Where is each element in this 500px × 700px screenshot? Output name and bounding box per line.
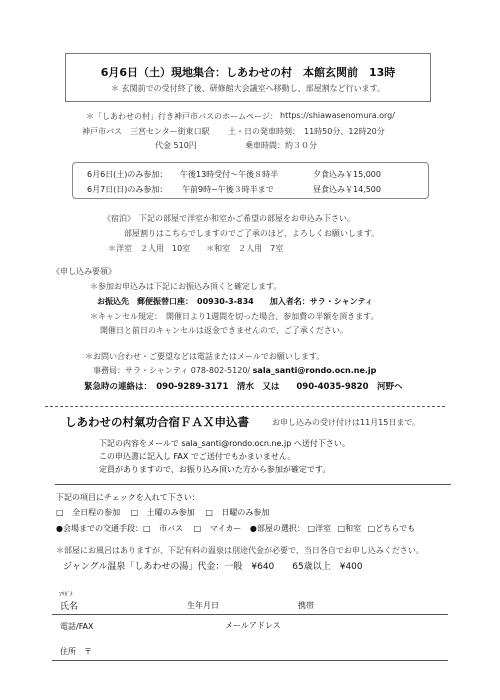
option-city-bus-label: 市バス — [159, 524, 183, 533]
onsen-fees: ジャングル温泉「しあわせの湯」代金：一般 ¥640 65歳以上 ¥400 — [63, 559, 363, 572]
fax-instruction-capacity: 定員がありますので、お振り込み頂いた方から参加が確定です。 — [99, 464, 330, 475]
checkbox-japanese[interactable]: □ — [338, 524, 346, 533]
cut-line — [45, 406, 445, 407]
fax-instruction-fax: この申込書に記入し FAX でご送付でもかまいません。 — [99, 451, 295, 462]
option-own-car-label: マイカー — [210, 524, 242, 533]
price-label: 6月6日(土)のみ参加： — [87, 169, 167, 180]
check-prompt: 下記の項目にチェックを入れて下さい： — [56, 492, 200, 503]
furigana-label: ﾌﾘｶﾞﾅ — [59, 590, 73, 598]
email-field-label[interactable]: メールアドレス — [225, 620, 281, 631]
address-field-label[interactable]: 住所 〒 — [60, 646, 92, 657]
lodging-rooms: ＊洋室 ２人用 10室 ＊和室 ２人用 7室 — [108, 243, 283, 254]
transport-room-row: ●会場までの交通手段：□ 市バス □ マイカー ●部屋の選択： □洋室 □和室 … — [56, 523, 415, 534]
application-transfer: お振込先 郵便振替口座： 00930-3-834 加入者名：サラ・シャンティ — [97, 296, 373, 307]
form-divider-bottom — [52, 660, 448, 661]
price-fee: 夕食込み￥15,000 — [313, 169, 381, 180]
checkbox-own-car[interactable]: □ — [194, 524, 202, 533]
option-sunday-label: 日曜のみ参加 — [221, 508, 269, 517]
bath-note: ＊部屋にお風呂はありますが、下記有料の温泉は別途代金が必要で、当日各自でお申し込… — [56, 545, 424, 556]
bus-times: 土・日の発車時刻： 11時50分、12時20分 — [228, 126, 385, 137]
bus-ride-time: 乗車時間：約３０分 — [245, 140, 317, 151]
fax-form-title: しあわせの村氣功合宿ＦＡＸ申込書 — [65, 414, 249, 430]
application-cancel-note: 開催日と前日のキャンセルは返金できませんので、ご了承ください。 — [100, 325, 348, 336]
price-fee: 昼食込み￥14,500 — [313, 184, 381, 195]
mobile-field-label[interactable]: 携帯 — [298, 600, 314, 611]
checkbox-western[interactable]: □ — [307, 524, 315, 533]
office-label: 事務局：サラ・シャンティ 078-802-5120/ — [93, 366, 253, 375]
price-time: 午後13時受付～午後８時半 — [180, 169, 278, 180]
meeting-box: 6月6日（土）現地集合：しあわせの村 本館玄関前 13時 ＊ 玄関前での受付終了… — [65, 53, 431, 102]
price-time: 午前9時~午後３時半まで — [182, 184, 274, 195]
name-field-label[interactable]: 氏名 — [60, 599, 78, 612]
checkbox-full[interactable]: □ — [56, 508, 64, 517]
price-box: 6月6日(土)のみ参加： 午後13時受付～午後８時半 夕食込み￥15,000 6… — [72, 162, 429, 199]
option-saturday-label: 土曜のみ参加 — [147, 508, 195, 517]
birthdate-field-label[interactable]: 生年月日 — [187, 600, 219, 611]
option-western-label: 洋室 — [315, 524, 331, 533]
price-label: 6月7日(日)のみ参加： — [87, 184, 167, 195]
application-office: 事務局：サラ・シャンティ 078-802-5120/ sala_santi@ro… — [93, 365, 376, 376]
meeting-note: ＊ 玄関前での受付終了後、研修館大会議室へ移動し、部屋割など行います。 — [66, 83, 430, 94]
option-full-label: 全日程の参加 — [72, 508, 120, 517]
form-divider-top — [55, 484, 451, 485]
fax-form-deadline: お申し込みの受け付けは11月15日まで。 — [272, 417, 420, 428]
checkbox-city-bus[interactable]: □ — [143, 524, 151, 533]
bus-homepage-url[interactable]: https://shiawasenomura.org/ — [280, 111, 395, 120]
checkbox-sunday[interactable]: □ — [205, 508, 213, 517]
bus-fare: 代金 510円 — [155, 140, 197, 151]
checkbox-saturday[interactable]: □ — [131, 508, 139, 517]
option-japanese-label: 和室 — [345, 524, 361, 533]
application-confirm: ＊参加お申込みは下記にお振込み頂くと確定します。 — [90, 281, 281, 292]
form-divider-middle — [52, 614, 448, 615]
office-email[interactable]: sala_santi@rondo.ocn.ne.jp — [253, 366, 377, 375]
phone-fax-field-label[interactable]: 電話/FAX — [60, 621, 94, 632]
lodging-line2: 部屋割りはこちらでしますのでご了承のほど、よろしくお願いします。 — [124, 228, 379, 239]
application-heading: 《申し込み要領》 — [52, 266, 116, 277]
bus-homepage-label: ＊「しあわせの村」行き神戸市バスのホームページ： — [86, 111, 278, 122]
application-cancel-policy: ＊キャンセル規定： 開催日より1週間を切った場合、参加費の半額を頂きます。 — [90, 311, 378, 322]
participation-options: □ 全日程の参加 □ 土曜のみ参加 □ 日曜のみ参加 — [56, 507, 269, 518]
option-either-label: どちらでも — [375, 524, 415, 533]
application-inquiry: ＊お問い合わせ・ご要望などは電話またはメールでお願いします。 — [85, 351, 324, 362]
lodging-line1: 《宿泊》 下記の部屋で洋室か和室かご希望の部屋をお申込み下さい。 — [103, 213, 355, 224]
fax-instruction-email: 下記の内容をメールで sala_santi@rondo.ocn.ne.jp へ送… — [99, 438, 350, 449]
bus-route: 神戸市バス 三宮センター街東口駅 — [82, 126, 210, 137]
emergency-contact: 緊急時の連絡は： 090-9289-3171 清水 又は 090-4035-98… — [84, 380, 402, 392]
room-label: ●部屋の選択： — [250, 524, 305, 533]
meeting-title: 6月6日（土）現地集合：しあわせの村 本館玄関前 13時 — [66, 64, 430, 80]
transport-label: ●会場までの交通手段： — [56, 524, 143, 533]
